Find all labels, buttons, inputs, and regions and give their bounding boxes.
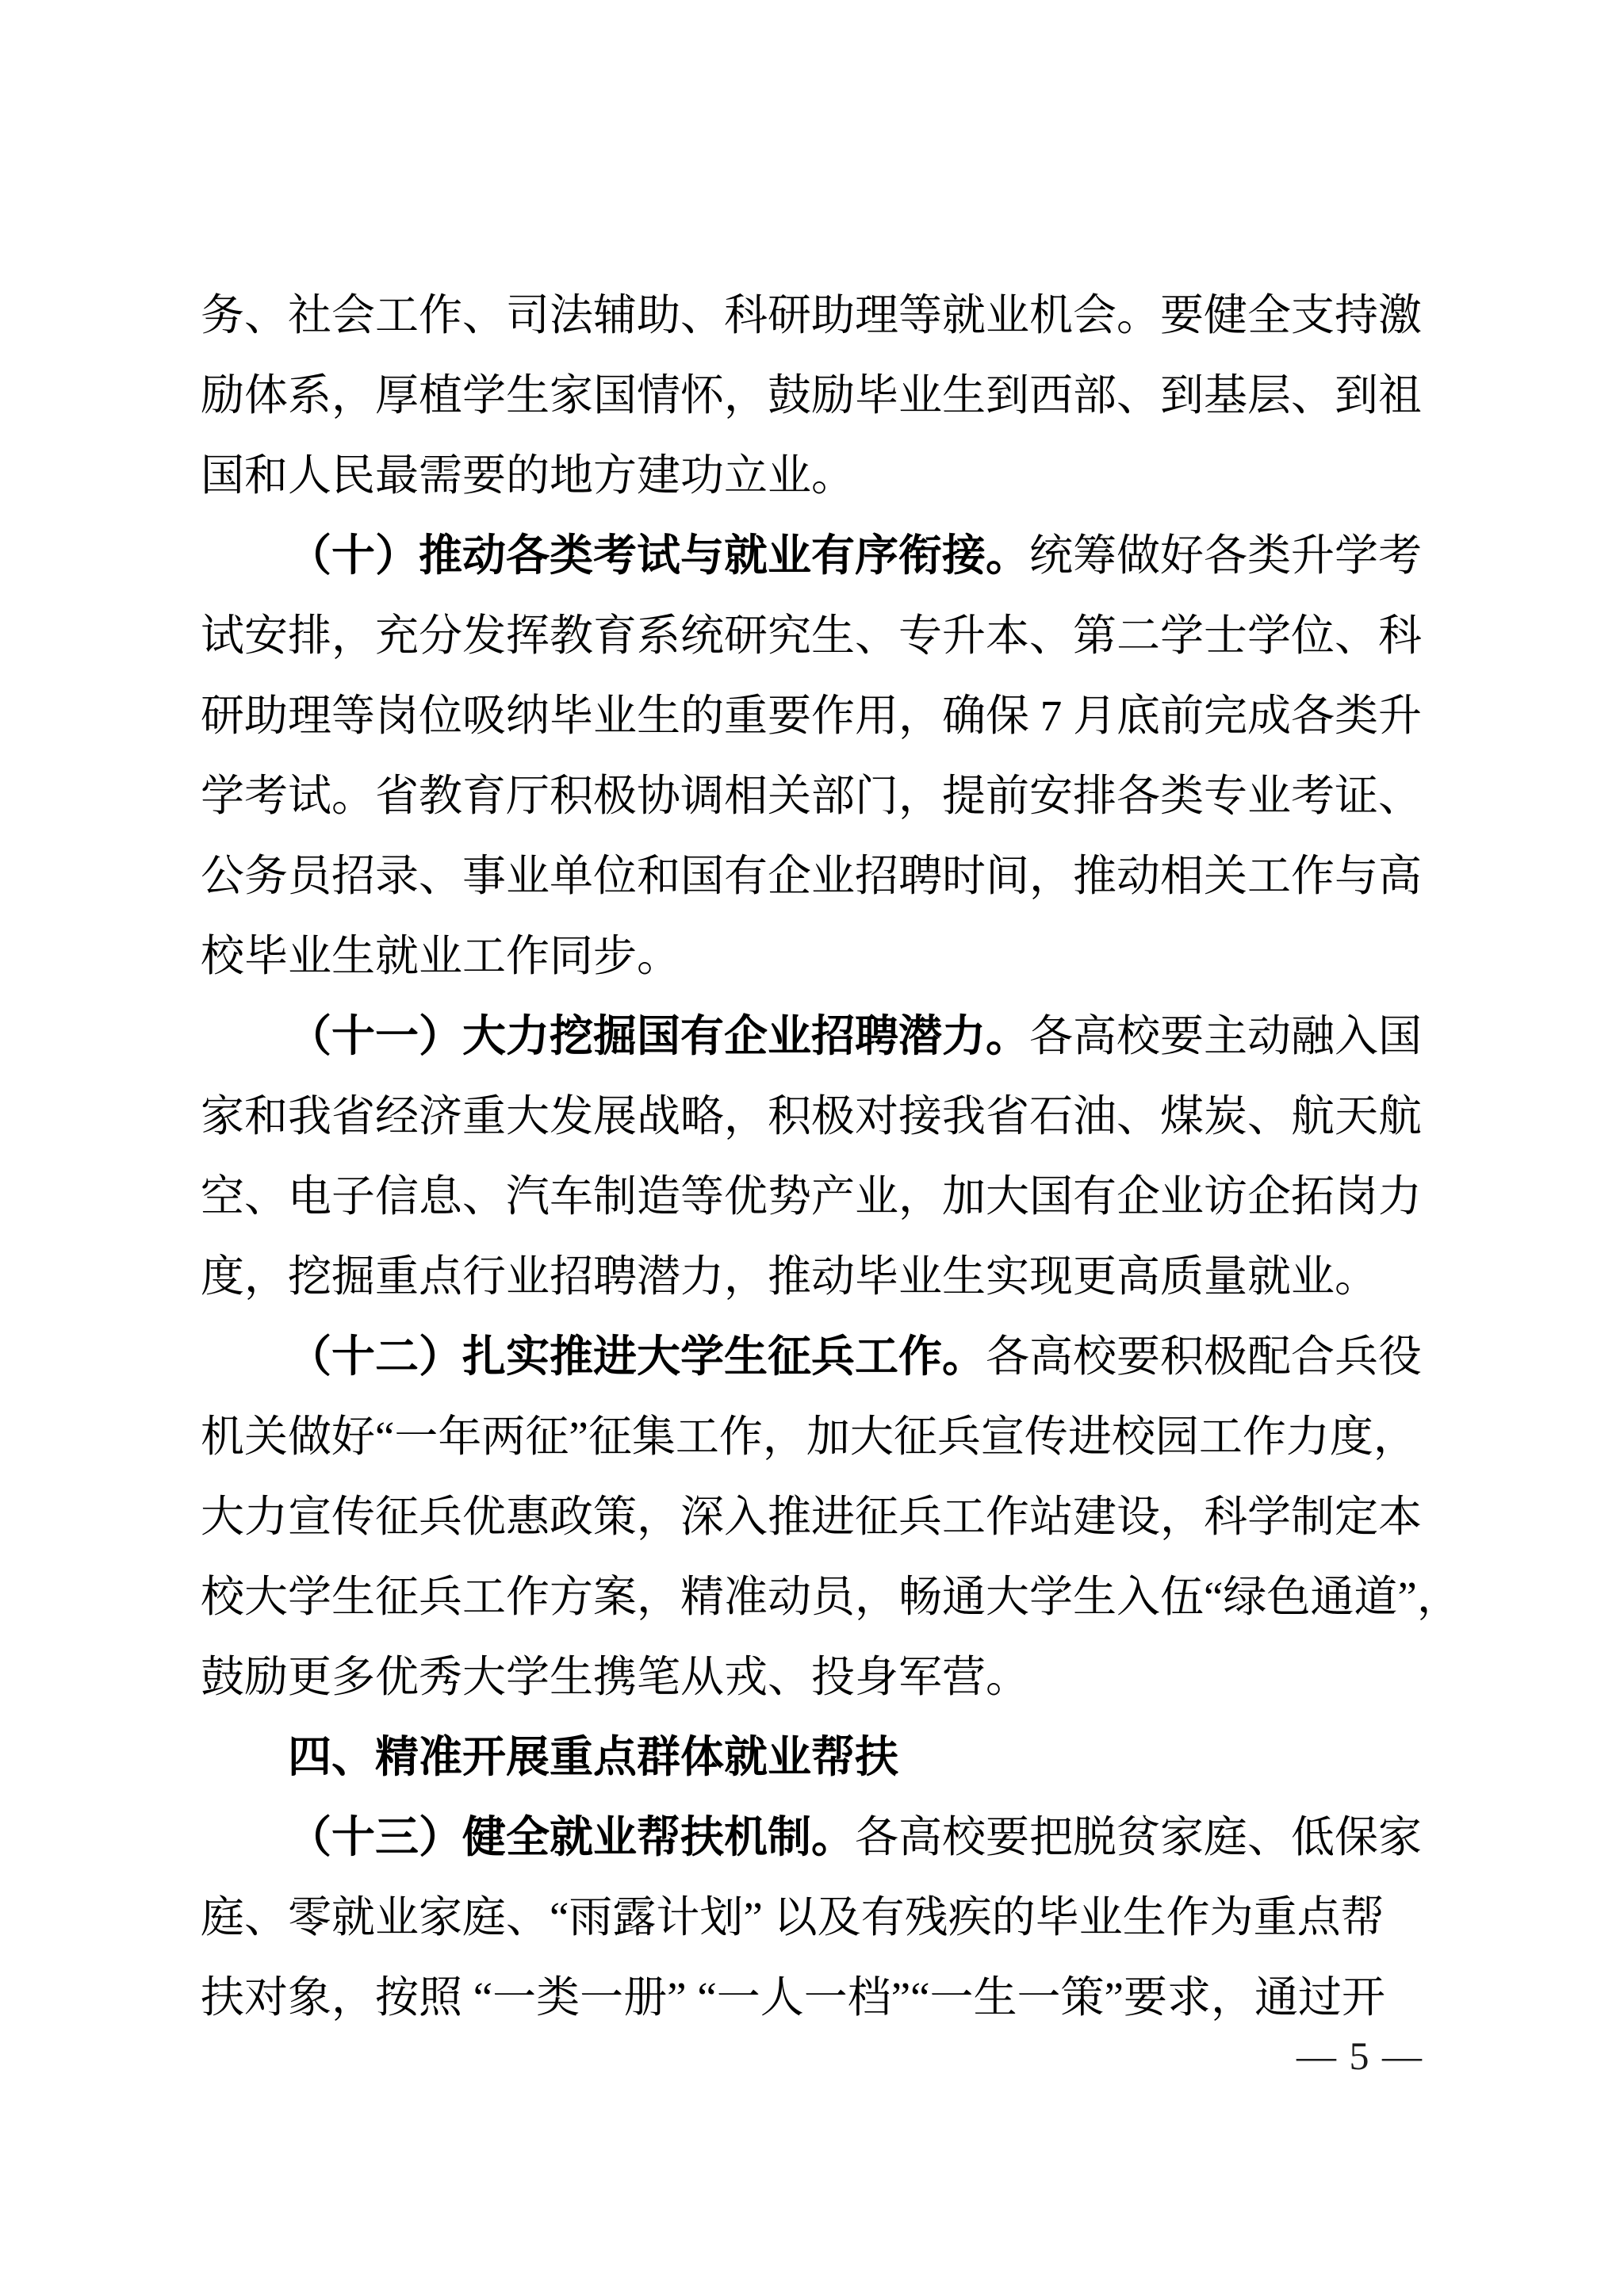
text-line: 空、电子信息、汽车制造等优势产业，加大国有企业访企拓岗力: [201, 1156, 1423, 1236]
clause-title-text: （十二）扎实推进大学生征兵工作。: [288, 1332, 986, 1381]
text-line: 学考试。省教育厅积极协调相关部门，提前安排各类专业考证、: [201, 756, 1423, 836]
body-text: 家和我省经济重大发展战略，积极对接我省石油、煤炭、航天航: [201, 1092, 1422, 1140]
text-line: （十）推动各类考试与就业有序衔接。统筹做好各类升学考: [201, 516, 1423, 596]
body-text: 校大学生征兵工作方案，精准动员，畅通大学生入伍“绿色通道”，: [201, 1573, 1461, 1621]
text-line: 大力宣传征兵优惠政策，深入推进征兵工作站建设，科学制定本: [201, 1477, 1423, 1557]
body-text: 度，挖掘重点行业招聘潜力，推动毕业生实现更高质量就业。: [201, 1252, 1378, 1301]
body-text: 务、社会工作、司法辅助、科研助理等就业机会。要健全支持激: [201, 291, 1422, 339]
text-line: 国和人民最需要的地方建功立业。: [201, 435, 1423, 516]
text-line: 机关做好“一年两征”征集工作，加大征兵宣传进校园工作力度，: [201, 1397, 1423, 1477]
text-line: 鼓励更多优秀大学生携笔从戎、投身军营。: [201, 1637, 1423, 1717]
text-line: （十三）健全就业帮扶机制。各高校要把脱贫家庭、低保家: [201, 1797, 1423, 1877]
text-line: 校毕业生就业工作同步。: [201, 916, 1423, 996]
body-text: 公务员招录、事业单位和国有企业招聘时间，推动相关工作与高: [201, 852, 1422, 900]
body-text: 试安排，充分发挥教育系统研究生、专升本、第二学士学位、科: [201, 611, 1422, 660]
text-line: 研助理等岗位吸纳毕业生的重要作用，确保 7 月底前完成各类升: [201, 676, 1423, 756]
text-line: 务、社会工作、司法辅助、科研助理等就业机会。要健全支持激: [201, 275, 1423, 355]
body-text: 机关做好“一年两征”征集工作，加大征兵宣传进校园工作力度，: [201, 1412, 1417, 1461]
body-text: 各高校要主动融入国: [1029, 1012, 1422, 1060]
body-text: 空、电子信息、汽车制造等优势产业，加大国有企业访企拓岗力: [201, 1172, 1422, 1221]
body-text: 大力宣传征兵优惠政策，深入推进征兵工作站建设，科学制定本: [201, 1493, 1422, 1541]
text-line: 庭、零就业家庭、“雨露计划” 以及有残疾的毕业生作为重点帮: [201, 1877, 1423, 1957]
text-line: 度，挖掘重点行业招聘潜力，推动毕业生实现更高质量就业。: [201, 1236, 1423, 1317]
body-text: 校毕业生就业工作同步。: [201, 932, 680, 980]
body-text: 庭、零就业家庭、“雨露计划” 以及有残疾的毕业生作为重点帮: [201, 1893, 1385, 1941]
text-line: （十一）大力挖掘国有企业招聘潜力。各高校要主动融入国: [201, 996, 1423, 1076]
text-line: 励体系，厚植学生家国情怀，鼓励毕业生到西部、到基层、到祖: [201, 355, 1423, 435]
clause-title-text: （十）推动各类考试与就业有序衔接。: [288, 531, 1029, 580]
text-line: （十二）扎实推进大学生征兵工作。各高校要积极配合兵役: [201, 1317, 1423, 1397]
text-line: 四、精准开展重点群体就业帮扶: [201, 1717, 1423, 1797]
document-body: 务、社会工作、司法辅助、科研助理等就业机会。要健全支持激励体系，厚植学生家国情怀…: [201, 275, 1423, 2037]
body-text: 励体系，厚植学生家国情怀，鼓励毕业生到西部、到基层、到祖: [201, 371, 1422, 420]
text-line: 校大学生征兵工作方案，精准动员，畅通大学生入伍“绿色通道”，: [201, 1557, 1423, 1637]
body-text: 统筹做好各类升学考: [1029, 531, 1422, 580]
page-number: — 5 —: [1297, 2032, 1423, 2079]
clause-title-text: （十一）大力挖掘国有企业招聘潜力。: [288, 1012, 1029, 1060]
body-text: 鼓励更多优秀大学生携笔从戎、投身军营。: [201, 1653, 1029, 1701]
body-text: 国和人民最需要的地方建功立业。: [201, 451, 855, 500]
text-line: 扶对象，按照 “一类一册” “一人一档”“一生一策”要求，通过开: [201, 1957, 1423, 2037]
body-text: 各高校要把脱贫家庭、低保家: [855, 1813, 1422, 1861]
text-line: 家和我省经济重大发展战略，积极对接我省石油、煤炭、航天航: [201, 1076, 1423, 1156]
text-line: 公务员招录、事业单位和国有企业招聘时间，推动相关工作与高: [201, 836, 1423, 916]
body-text: 学考试。省教育厅积极协调相关部门，提前安排各类专业考证、: [201, 772, 1422, 820]
body-text: 各高校要积极配合兵役: [986, 1332, 1422, 1381]
body-text: 研助理等岗位吸纳毕业生的重要作用，确保 7 月底前完成各类升: [201, 692, 1422, 740]
document-page: 务、社会工作、司法辅助、科研助理等就业机会。要健全支持激励体系，厚植学生家国情怀…: [0, 0, 1624, 2296]
text-line: 试安排，充分发挥教育系统研究生、专升本、第二学士学位、科: [201, 596, 1423, 676]
clause-title-text: （十三）健全就业帮扶机制。: [288, 1813, 855, 1861]
body-text: 扶对象，按照 “一类一册” “一人一档”“一生一策”要求，通过开: [201, 1973, 1385, 2022]
section-heading-text: 四、精准开展重点群体就业帮扶: [288, 1732, 898, 1781]
